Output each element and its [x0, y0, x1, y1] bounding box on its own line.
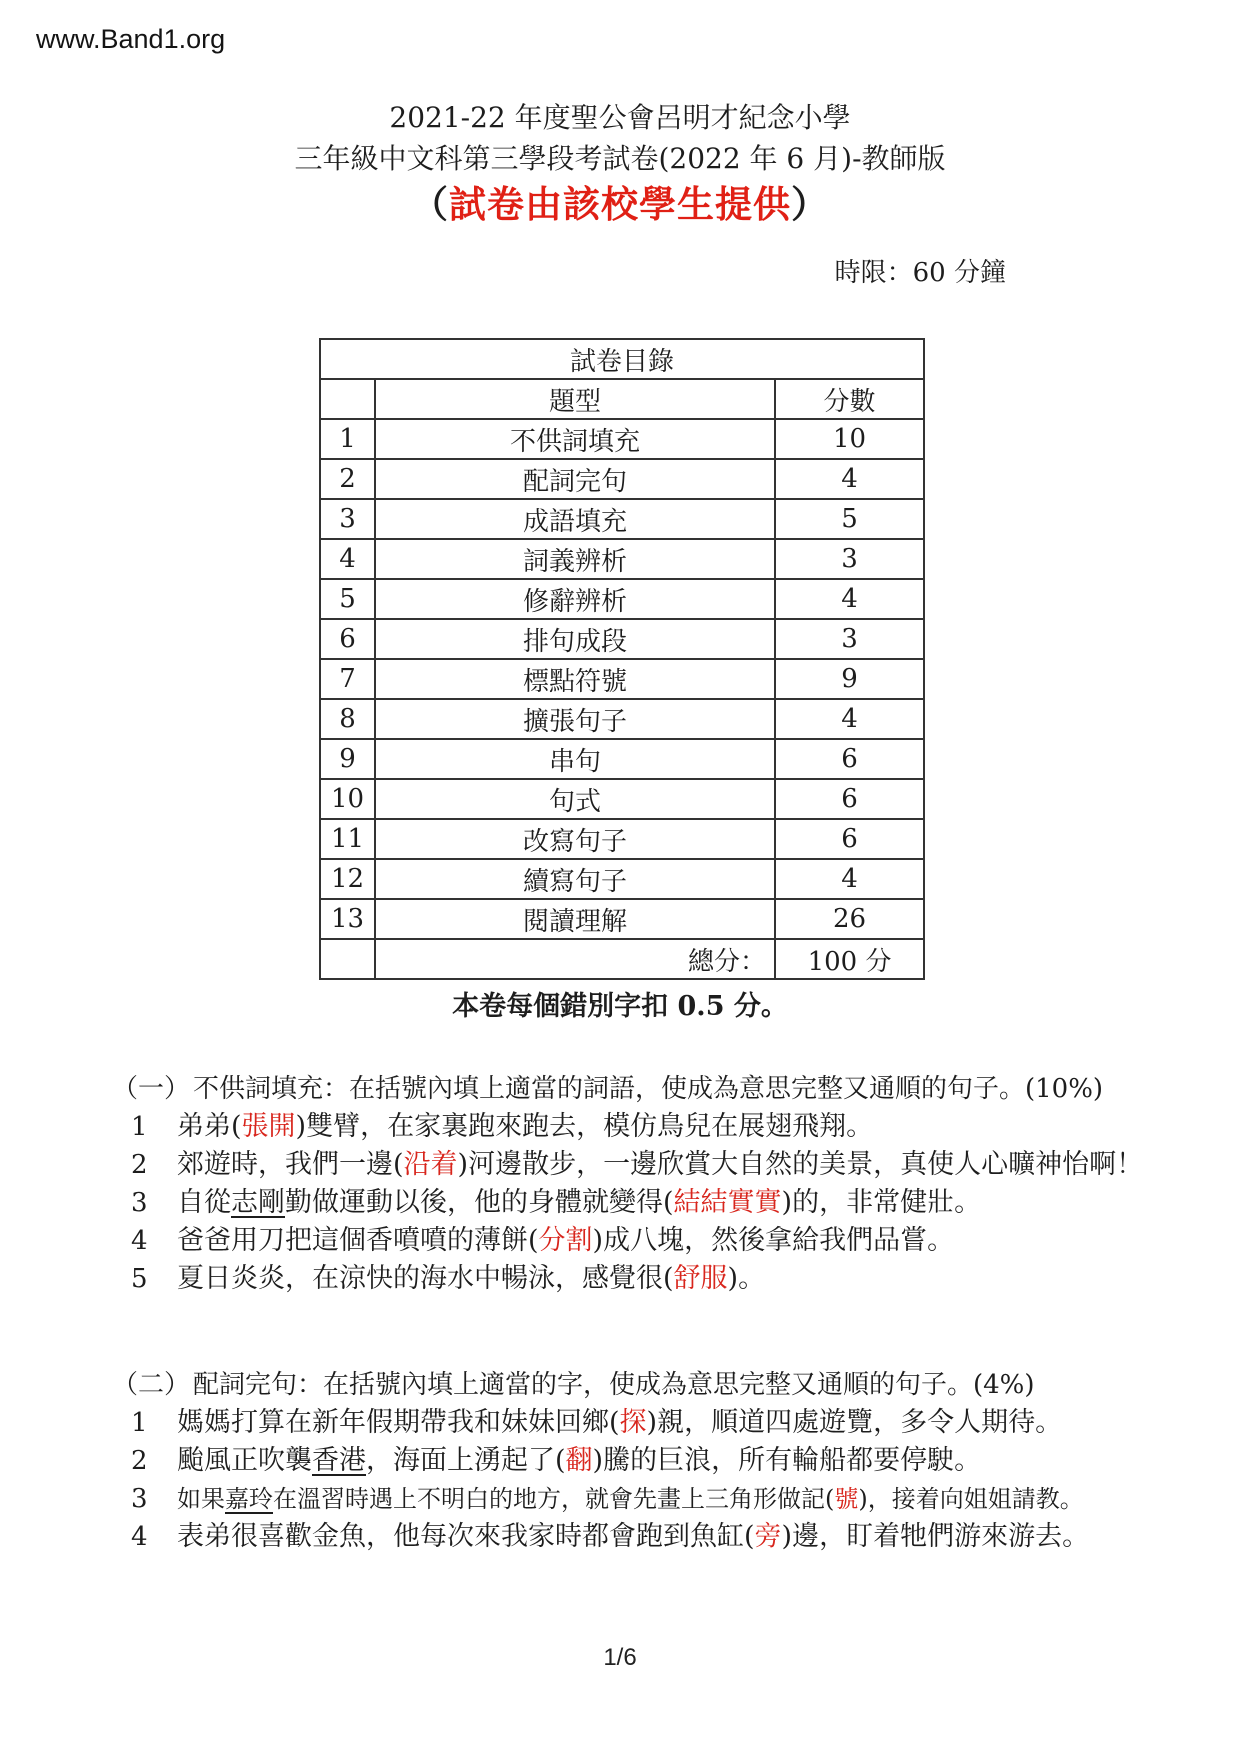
notice-paren-open: （ [411, 182, 449, 226]
toc-cell-type: 修辭辨析 [375, 579, 775, 619]
answer-text: 分割 [539, 1225, 593, 1256]
toc-row: 11改寫句子6 [320, 819, 924, 859]
toc-cell-score: 3 [775, 619, 924, 659]
item-number: 4 [131, 1518, 148, 1556]
toc-cell-type: 配詞完句 [375, 459, 775, 499]
toc-cell-type: 擴張句子 [375, 699, 775, 739]
sentence-fragment: ，海面上湧起了( [366, 1445, 566, 1476]
item-sentence: 夏日炎炎，在涼快的海水中暢泳，感覺很(舒服)。 [177, 1263, 765, 1294]
question-item: 1弟弟(張開)雙臂，在家裏跑來跑去，模仿鳥兒在展翅飛翔。 [0, 1108, 1240, 1146]
toc-cell-score: 4 [775, 859, 924, 899]
toc-cell-number: 8 [320, 699, 375, 739]
toc-cell-number: 4 [320, 539, 375, 579]
sentence-fragment: 如果 [177, 1485, 225, 1513]
toc-cell-number: 7 [320, 659, 375, 699]
time-limit-label: 時限：60 分鐘 [835, 252, 1006, 289]
item-number: 4 [131, 1222, 148, 1260]
toc-header-type: 題型 [375, 379, 775, 419]
toc-cell-number: 10 [320, 779, 375, 819]
question-item: 4表弟很喜歡金魚，他每次來我家時都會跑到魚缸(旁)邊，盯着牠們游來游去。 [0, 1518, 1240, 1556]
toc-row: 9串句6 [320, 739, 924, 779]
question-section: （一）不供詞填充：在括號內填上適當的詞語，使成為意思完整又通順的句子。(10%)… [0, 1070, 1240, 1298]
sentence-fragment: 勤做運動以後，他的身體就變得( [285, 1187, 674, 1218]
toc-cell-type: 閱讀理解 [375, 899, 775, 939]
answer-text: 舒服 [674, 1263, 728, 1294]
item-number: 1 [131, 1108, 148, 1146]
exam-title: 三年級中文科第三學段考試卷(2022 年 6 月)-教師版 [0, 137, 1240, 177]
section-marker: （一） [112, 1070, 190, 1108]
toc-cell-number: 2 [320, 459, 375, 499]
item-number: 1 [131, 1404, 148, 1442]
sentence-fragment: )邊，盯着牠們游來游去。 [782, 1521, 1090, 1552]
toc-row: 12續寫句子4 [320, 859, 924, 899]
toc-total-row: 總分： 100 分 [320, 939, 924, 979]
sentence-fragment: )河邊散步，一邊欣賞大自然的美景，真使人心曠神怡啊！ [458, 1149, 1144, 1180]
underlined-name: 嘉玲 [225, 1485, 273, 1513]
toc-total-empty-cell [320, 939, 375, 979]
item-sentence: 弟弟(張開)雙臂，在家裏跑來跑去，模仿鳥兒在展翅飛翔。 [177, 1111, 873, 1142]
toc-cell-type: 詞義辨析 [375, 539, 775, 579]
item-sentence: 媽媽打算在新年假期帶我和妹妹回鄉(探)親，順道四處遊覽，多令人期待。 [177, 1407, 1062, 1438]
underlined-name: 志剛 [231, 1187, 285, 1218]
toc-cell-number: 6 [320, 619, 375, 659]
question-item: 1媽媽打算在新年假期帶我和妹妹回鄉(探)親，順道四處遊覽，多令人期待。 [0, 1404, 1240, 1442]
sentence-fragment: )親，順道四處遊覽，多令人期待。 [647, 1407, 1063, 1438]
answer-text: 探 [620, 1407, 647, 1438]
exam-paper-page: www.Band1.org 2021-22 年度聖公會呂明才紀念小學 三年級中文… [0, 0, 1240, 1754]
toc-cell-score: 4 [775, 459, 924, 499]
section-instruction: 配詞完句：在括號內填上適當的字，使成為意思完整又通順的句子。(4%) [193, 1370, 1035, 1400]
toc-cell-type: 成語填充 [375, 499, 775, 539]
item-sentence: 自從志剛勤做運動以後，他的身體就變得(結結實實)的，非常健壯。 [177, 1187, 981, 1218]
sentence-fragment: 在溫習時遇上不明白的地方，就會先畫上三角形做記( [273, 1485, 834, 1513]
toc-cell-number: 1 [320, 419, 375, 459]
sentence-fragment: )雙臂，在家裏跑來跑去，模仿鳥兒在展翅飛翔。 [296, 1111, 874, 1142]
question-item: 4爸爸用刀把這個香噴噴的薄餅(分割)成八塊，然後拿給我們品嘗。 [0, 1222, 1240, 1260]
toc-cell-number: 5 [320, 579, 375, 619]
school-year-title: 2021-22 年度聖公會呂明才紀念小學 [0, 96, 1240, 136]
toc-header-row: 題型 分數 [320, 379, 924, 419]
sentence-fragment: 颱風正吹襲 [177, 1445, 312, 1476]
toc-row: 8擴張句子4 [320, 699, 924, 739]
answer-text: 翻 [566, 1445, 593, 1476]
question-item: 5夏日炎炎，在涼快的海水中暢泳，感覺很(舒服)。 [0, 1260, 1240, 1298]
toc-cell-type: 標點符號 [375, 659, 775, 699]
toc-title: 試卷目錄 [320, 339, 924, 379]
toc-row: 10句式6 [320, 779, 924, 819]
toc-row: 6排句成段3 [320, 619, 924, 659]
toc-cell-type: 句式 [375, 779, 775, 819]
answer-text: 旁 [755, 1521, 782, 1552]
toc-cell-type: 改寫句子 [375, 819, 775, 859]
question-item: 2颱風正吹襲香港，海面上湧起了(翻)騰的巨浪，所有輪船都要停駛。 [0, 1442, 1240, 1480]
toc-cell-type: 串句 [375, 739, 775, 779]
sentence-fragment: 弟弟( [177, 1111, 242, 1142]
answer-text: 張開 [242, 1111, 296, 1142]
item-number: 3 [131, 1480, 148, 1518]
toc-cell-number: 13 [320, 899, 375, 939]
toc-cell-score: 6 [775, 779, 924, 819]
toc-cell-score: 5 [775, 499, 924, 539]
item-number: 2 [131, 1146, 148, 1184]
sentence-fragment: )。 [728, 1263, 766, 1294]
section-instruction: 不供詞填充：在括號內填上適當的詞語，使成為意思完整又通順的句子。(10%) [193, 1074, 1103, 1104]
toc-total-value: 100 分 [775, 939, 924, 979]
answer-text: 號 [834, 1485, 858, 1513]
penalty-note: 本卷每個錯別字扣 0.5 分。 [0, 984, 1240, 1023]
toc-cell-score: 4 [775, 699, 924, 739]
toc-row: 7標點符號9 [320, 659, 924, 699]
toc-cell-score: 26 [775, 899, 924, 939]
item-number: 2 [131, 1442, 148, 1480]
toc-cell-number: 12 [320, 859, 375, 899]
sentence-fragment: 夏日炎炎，在涼快的海水中暢泳，感覺很( [177, 1263, 674, 1294]
toc-cell-score: 6 [775, 819, 924, 859]
toc-header-score: 分數 [775, 379, 924, 419]
sentence-fragment: )成八塊，然後拿給我們品嘗。 [593, 1225, 955, 1256]
sentence-fragment: )騰的巨浪，所有輪船都要停駛。 [593, 1445, 982, 1476]
toc-cell-score: 3 [775, 539, 924, 579]
answer-text: 沿着 [404, 1149, 458, 1180]
sentence-fragment: 爸爸用刀把這個香噴噴的薄餅( [177, 1225, 539, 1256]
question-item: 2郊遊時，我們一邊(沿着)河邊散步，一邊欣賞大自然的美景，真使人心曠神怡啊！ [0, 1146, 1240, 1184]
item-sentence: 表弟很喜歡金魚，他每次來我家時都會跑到魚缸(旁)邊，盯着牠們游來游去。 [177, 1521, 1089, 1552]
toc-cell-type: 排句成段 [375, 619, 775, 659]
question-item: 3如果嘉玲在溫習時遇上不明白的地方，就會先畫上三角形做記(號)，接着向姐姐請教。 [0, 1480, 1240, 1518]
item-number: 3 [131, 1184, 148, 1222]
toc-cell-number: 9 [320, 739, 375, 779]
toc-cell-score: 10 [775, 419, 924, 459]
toc-row: 5修辭辨析4 [320, 579, 924, 619]
toc-title-row: 試卷目錄 [320, 339, 924, 379]
toc-table: 試卷目錄 題型 分數 1不供詞填充102配詞完句43成語填充54詞義辨析35修辭… [319, 338, 925, 980]
item-number: 5 [131, 1260, 148, 1298]
sentence-fragment: )，接着向姐姐請教。 [858, 1485, 1083, 1513]
question-section: （二）配詞完句：在括號內填上適當的字，使成為意思完整又通順的句子。(4%)1媽媽… [0, 1366, 1240, 1556]
provider-notice: （試卷由該校學生提供） [0, 174, 1240, 228]
item-sentence: 如果嘉玲在溫習時遇上不明白的地方，就會先畫上三角形做記(號)，接着向姐姐請教。 [177, 1485, 1084, 1513]
section-marker: （二） [112, 1366, 190, 1404]
toc-header-num [320, 379, 375, 419]
toc-cell-score: 6 [775, 739, 924, 779]
sentence-fragment: 郊遊時，我們一邊( [177, 1149, 404, 1180]
item-sentence: 颱風正吹襲香港，海面上湧起了(翻)騰的巨浪，所有輪船都要停駛。 [177, 1445, 981, 1476]
toc-row: 3成語填充5 [320, 499, 924, 539]
toc-row: 13閱讀理解26 [320, 899, 924, 939]
item-sentence: 爸爸用刀把這個香噴噴的薄餅(分割)成八塊，然後拿給我們品嘗。 [177, 1225, 954, 1256]
sentence-fragment: )的，非常健壯。 [782, 1187, 982, 1218]
sentence-fragment: 自從 [177, 1187, 231, 1218]
toc-row: 2配詞完句4 [320, 459, 924, 499]
underlined-name: 香港 [312, 1445, 366, 1476]
toc-cell-type: 不供詞填充 [375, 419, 775, 459]
page-number: 1/6 [0, 1644, 1240, 1672]
notice-text: 試卷由該校學生提供 [449, 182, 791, 226]
toc-row: 4詞義辨析3 [320, 539, 924, 579]
section-header: （一）不供詞填充：在括號內填上適當的詞語，使成為意思完整又通順的句子。(10%) [0, 1070, 1240, 1108]
site-watermark: www.Band1.org [36, 24, 225, 55]
sentence-fragment: 表弟很喜歡金魚，他每次來我家時都會跑到魚缸( [177, 1521, 755, 1552]
toc-cell-score: 9 [775, 659, 924, 699]
section-header: （二）配詞完句：在括號內填上適當的字，使成為意思完整又通順的句子。(4%) [0, 1366, 1240, 1404]
answer-text: 結結實實 [674, 1187, 782, 1218]
toc-cell-number: 11 [320, 819, 375, 859]
toc-total-label: 總分： [375, 939, 775, 979]
item-sentence: 郊遊時，我們一邊(沿着)河邊散步，一邊欣賞大自然的美景，真使人心曠神怡啊！ [177, 1149, 1143, 1180]
toc-row: 1不供詞填充10 [320, 419, 924, 459]
toc-cell-number: 3 [320, 499, 375, 539]
toc-cell-score: 4 [775, 579, 924, 619]
sentence-fragment: 媽媽打算在新年假期帶我和妹妹回鄉( [177, 1407, 620, 1438]
notice-paren-close: ） [791, 182, 829, 226]
toc-cell-type: 續寫句子 [375, 859, 775, 899]
question-item: 3自從志剛勤做運動以後，他的身體就變得(結結實實)的，非常健壯。 [0, 1184, 1240, 1222]
